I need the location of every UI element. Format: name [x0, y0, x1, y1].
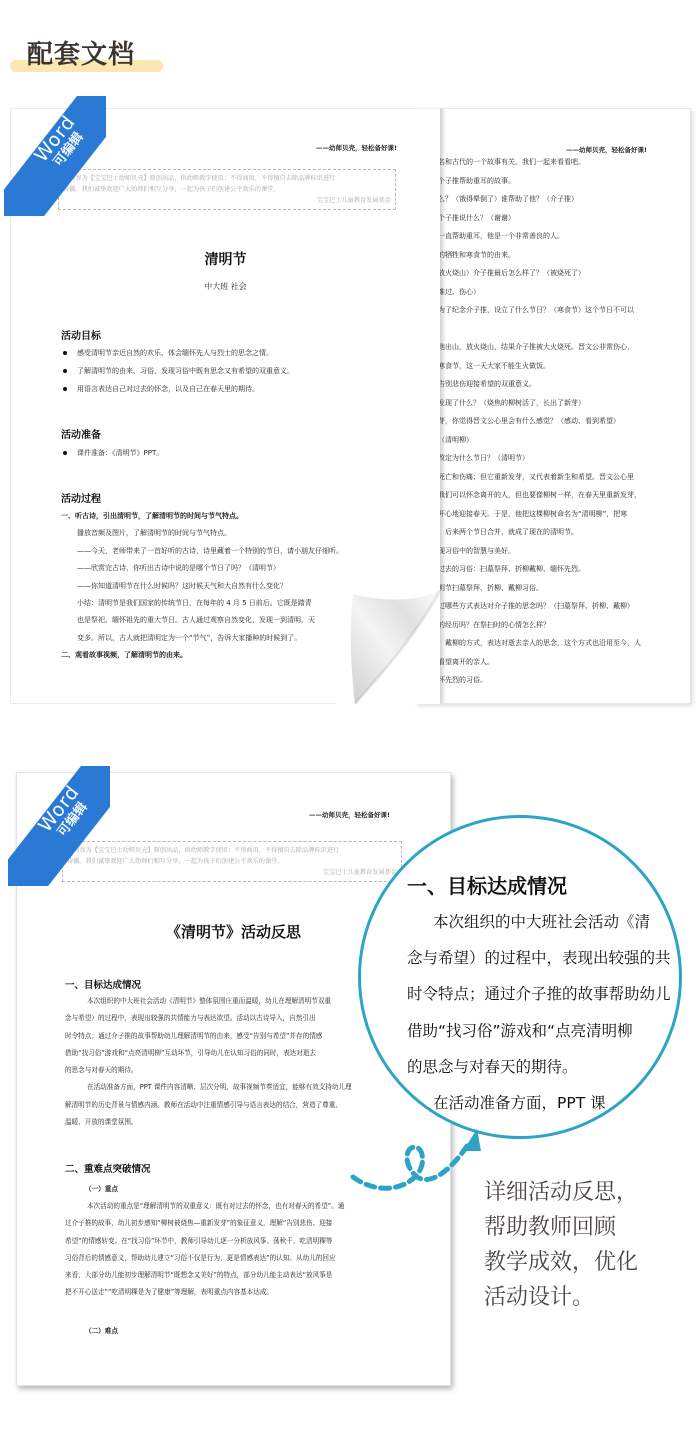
document-title: 清明节	[11, 249, 440, 269]
text-line: 的牺牲和寒食节的由来。	[438, 249, 641, 268]
text-line: 他出山，放火烧山，结果介子推被大火烧死。晋文公非常伤心，	[438, 341, 641, 360]
process-line: ——欣赏完古诗，你听出古诗中说的是哪个节日了吗？（清明节）	[61, 562, 343, 579]
text-line: 念与希望）的过程中，表现出较强的共情能力与表达欲望。活动以古诗导入，自然引出	[65, 1012, 352, 1029]
word-editable-badge: Word 可编辑	[8, 766, 110, 886]
process-line: 也是祭祀、缅怀祖先的重大节日。古人通过观察自然变化，发现一到清明，天	[61, 614, 343, 631]
notice-line: 本内容为【宝宝巴士幼师贝壳】原创出品，供幼师教学使用；不得商用，不得擅自去除品牌…	[63, 173, 391, 184]
copyright-notice: 本内容为【宝宝巴士幼师贝壳】原创出品，供幼师教学使用；不得商用，不得擅自去除品牌…	[62, 841, 402, 882]
text-line: 放火烧山）介子推最后怎么样了？（被烧死了）	[438, 267, 641, 286]
notice-line: 传播。我们诚挚欢迎广大幼师们相互分享，一起为孩子们创建公平欢乐的课堂。	[67, 856, 397, 867]
text-line: 的经历吗？在祭扫时的心情怎么样？	[438, 619, 641, 638]
section-header: 配套文档	[10, 32, 165, 74]
caption-line: 活动设计。	[484, 1280, 638, 1315]
process-line: ——你知道清明节在什么时候吗？这时候天气和大自然有什么变化？	[61, 580, 343, 597]
text-line: 告别悲伤迎接希望的双重意义。	[438, 378, 641, 397]
goal-item: 用语言表达自己对过去的怀念，以及自己在春天里的期待。	[61, 383, 294, 401]
process-heading: 活动过程	[61, 490, 101, 505]
page-slogan: ——幼师贝壳，轻松备好课!	[566, 145, 647, 154]
page-curl-decoration	[335, 590, 440, 704]
magnified-heading: 一、目标达成情况	[407, 870, 567, 899]
text-line: 明节扫墓祭拜、折柳、戴柳习俗。	[438, 582, 641, 601]
text-line: ，后来两个节日合并，就成了现在的清明节。	[438, 526, 641, 545]
document-subtitle: 中大班 社会	[11, 281, 440, 292]
text-line: 个子推说什么？（谢谢）	[438, 212, 641, 231]
notice-signature: 宝宝巴士儿童教育发展基金	[63, 195, 391, 206]
text-line: 现习俗中的智慧与美好。	[438, 545, 641, 564]
text-line: 温暖、开放的课堂氛围。	[65, 1116, 352, 1133]
text-line: 解清明节的历史背景与情感内涵。教师在活动中注重情感引导与语言表达的结合，营造了尊…	[65, 1099, 352, 1116]
text-line: 么？（饿得晕倒了）谁帮助了他？（介子推）	[438, 193, 641, 212]
magnifier-callout: 一、目标达成情况 本次组织的中大班社会活动《清 念与希望）的过程中，表现出较强的…	[358, 815, 682, 1139]
text-line: 本次活动的重点是“理解清明节的双重意义：既有对过去的怀念，也有对春天的希望”。通	[65, 1200, 344, 1217]
text-line: 把不开心送走”“吃清明粿是为了健康”等理解，表明重点内容基本达成。	[65, 1286, 344, 1303]
magnified-line: 在活动准备方面，PPT 课	[433, 1091, 606, 1113]
text-line: 过去的习俗：扫墓祭拜、折柳戴柳、缅怀先烈。	[438, 563, 641, 582]
magnified-line: 本次组织的中大班社会活动《清	[433, 910, 650, 932]
text-line: 看望离开的亲人。	[438, 656, 641, 675]
section-2-body: 本次活动的重点是“理解清明节的双重意义：既有对过去的怀念，也有对春天的希望”。通…	[65, 1200, 344, 1304]
text-line: （清明柳）	[438, 434, 641, 453]
text-line: 开心地迎接春天。于是，他把这棵柳树命名为“清明柳”，把寒	[438, 508, 641, 527]
section-title: 配套文档	[27, 34, 135, 71]
notice-signature: 宝宝巴士儿童教育发展基金	[67, 867, 397, 878]
text-line: 过哪些方式表达对介子推的思念吗？（扫墓祭拜、折柳、戴柳）	[438, 600, 641, 619]
text-line: 死亡和伤痛；但它重新发芽，又代表着新生和希望。晋文公心里	[438, 471, 641, 490]
process-line: 播放音频及图片，了解清明节的时间与节气特点。	[61, 527, 343, 544]
caption-line: 教学成效，优化	[484, 1245, 638, 1280]
dashed-arrow-icon	[345, 1125, 485, 1205]
goal-item: 感受清明节亲近自然的欢乐、体会缅怀先人与烈士的思念之情。	[61, 347, 294, 365]
lesson-plan-page-2: ——幼师贝壳，轻松备好课! 名和古代的一个故事有关，我们一起来看看吧。 个子推帮…	[415, 108, 691, 704]
text-line: 在活动准备方面，PPT 课件内容清晰、层次分明，故事视频节奏适宜，能够有效支持幼…	[65, 1081, 352, 1098]
text-line: 希望”的情感转变。在“找习俗”环节中，教师引导幼儿逐一分析放风筝、荡秋千、吃清明…	[65, 1235, 344, 1252]
text-line: 借助“找习俗”游戏和“点亮清明柳”互动环节，引导幼儿在认知习俗的同时，表达对逝去	[65, 1047, 352, 1064]
text-line: 个子推帮助重耳的故事。	[438, 175, 641, 194]
notice-line: 本内容为【宝宝巴士幼师贝壳】原创出品，供幼师教学使用；不得商用，不得擅自去除品牌…	[67, 845, 397, 856]
text-line: 时令特点；通过介子推的故事帮助幼儿理解清明节的由来，感受“告别与希望”并存的情感	[65, 1030, 352, 1047]
process-body: 一、听古诗，引出清明节，了解清明节的时间与节气特点。 播放音频及图片，了解清明节…	[61, 510, 343, 667]
text-line: 一直帮助重耳，他是一个非常善良的人。	[438, 230, 641, 249]
text-line: 发现了什么？（烧焦的柳树活了，长出了新芽）	[438, 397, 641, 416]
feature-caption: 详细活动反思， 帮助教师回顾 教学成效，优化 活动设计。	[484, 1175, 638, 1315]
goals-heading: 活动目标	[61, 327, 101, 342]
caption-line: 详细活动反思，	[484, 1175, 638, 1210]
text-line: 改定为什么节日？（清明节）	[438, 452, 641, 471]
process-line: 小结：清明节是我们国家的传统节日，在每年的 4 月 5 日前后。它既是踏青	[61, 597, 343, 614]
text-line: 为了纪念介子推，设立了什么节日？（寒食节）这个节日不可以	[438, 304, 641, 323]
magnified-line: 念与希望）的过程中，表现出较强的共	[407, 946, 671, 968]
goals-list: 感受清明节亲近自然的欢乐、体会缅怀先人与烈士的思念之情。 了解清明节的由来、习俗…	[61, 347, 294, 401]
text-line: 、戴柳的方式，表达对逝去亲人的思念，这个方式也沿用至今，人	[438, 637, 641, 656]
caption-line: 帮助教师回顾	[484, 1210, 638, 1245]
process-line: ——今天，老师带来了一首好听的古诗，诗里藏着一个特别的节日，请小朋友仔细听。	[61, 545, 343, 562]
notice-line: 传播。我们诚挚欢迎广大幼师们相互分享，一起为孩子们创建公平欢乐的课堂。	[63, 184, 391, 195]
subsection-difficulties: （二）难点	[85, 1325, 118, 1335]
text-line: 怀先烈的习俗。	[438, 674, 641, 693]
page-slogan: ——幼师贝壳，轻松备好课!	[316, 143, 397, 152]
goal-item: 了解清明节的由来、习俗，发现习俗中既有思念又有希望的双重意义。	[61, 365, 294, 383]
subsection-key-points: （一）重点	[85, 1183, 118, 1193]
process-line: 变多。所以，古人就把清明定为一个“节气”，告诉大家播种的时候到了。	[61, 632, 343, 649]
copyright-notice: 本内容为【宝宝巴士幼师贝壳】原创出品，供幼师教学使用；不得商用，不得擅自去除品牌…	[58, 169, 396, 210]
magnified-line: 借助“找习俗”游戏和“点亮清明柳	[407, 1019, 633, 1041]
word-editable-badge: Word 可编辑	[4, 96, 106, 216]
text-line: 名和古代的一个故事有关，我们一起来看看吧。	[438, 156, 641, 175]
section-1-heading: 一、目标达成情况	[65, 977, 141, 991]
magnified-line: 的思念与对春天的期待。	[407, 1055, 578, 1077]
text-line: 我们可以怀念离开的人，但也要像柳树一样，在春天里重新发芽，	[438, 489, 641, 508]
page-2-body: 名和古代的一个故事有关，我们一起来看看吧。 个子推帮助重耳的故事。 么？（饿得晕…	[438, 156, 641, 693]
prep-item: 课件准备：《清明节》PPT。	[61, 447, 163, 465]
text-line: 习俗背后的情感意义，帮助幼儿建立“习俗不仅是行为，更是情感表达”的认知。从幼儿的…	[65, 1252, 344, 1269]
text-line: 寒食节，这一天大家不能生火做饭。	[438, 360, 641, 379]
text-line	[438, 323, 641, 342]
section-1-body: 本次组织的中大班社会活动《清明节》整体氛围庄重而温暖，幼儿在理解清明节双重 念与…	[65, 995, 352, 1133]
text-line: 过介子推的故事，幼儿初步感知“柳树被烧焦—重新发芽”的象征意义，理解“告别悲伤、…	[65, 1217, 344, 1234]
page-slogan: ——幼师贝壳，轻松备好课!	[309, 810, 390, 819]
prep-list: 课件准备：《清明节》PPT。	[61, 447, 163, 465]
text-line: 来看，大部分幼儿能初步理解清明节“既想念又美好”的特点，部分幼儿能主动表达“放风…	[65, 1269, 344, 1286]
magnified-line: 时令特点；通过介子推的故事帮助幼儿	[407, 982, 671, 1004]
text-line: 的思念与对春天的期待。	[65, 1064, 352, 1081]
section-2-heading: 二、重难点突破情况	[65, 1161, 151, 1175]
process-line: 一、听古诗，引出清明节，了解清明节的时间与节气特点。	[61, 510, 343, 527]
text-line: 本次组织的中大班社会活动《清明节》整体氛围庄重而温暖，幼儿在理解清明节双重	[65, 995, 352, 1012]
text-line: 芽，你觉得晋文公心里会有什么感觉？（感动、看到希望）	[438, 415, 641, 434]
prep-heading: 活动准备	[61, 426, 101, 441]
text-line: 难过、伤心）	[438, 286, 641, 305]
process-line: 二、观看故事视频，了解清明节的由来。	[61, 649, 343, 666]
